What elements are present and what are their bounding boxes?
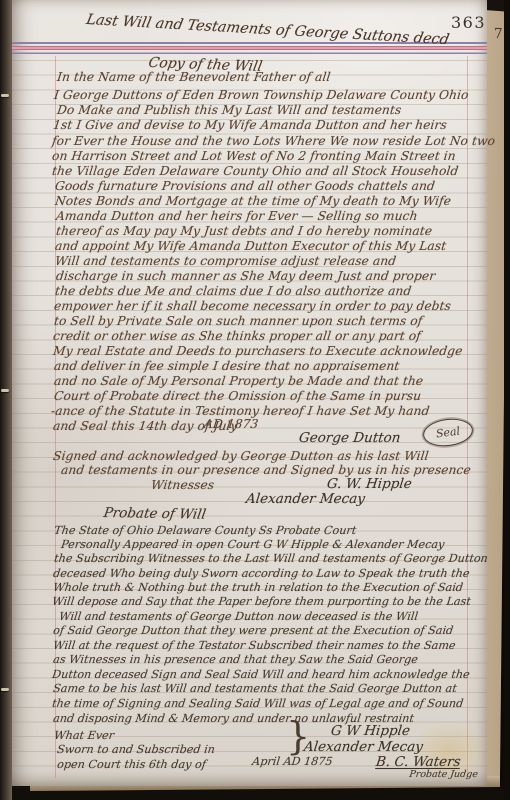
- will-line: Notes Bonds and Mortgage at the time of …: [54, 194, 452, 208]
- will-line: credit or other wise as She thinks prope…: [52, 329, 422, 343]
- will-closing-date: AD 1873: [203, 417, 259, 431]
- attestation-line: Signed and acknowledged by George Dutton…: [52, 449, 429, 463]
- witness-signature: Alexander Mecay: [245, 491, 366, 507]
- attestation-line: and testaments in our presence and Signe…: [60, 463, 471, 477]
- probate-line: What Ever: [53, 729, 114, 742]
- will-line: Do Make and Publish this My Last Will an…: [56, 103, 402, 117]
- will-line: the Village Eden Delaware County Ohio an…: [51, 164, 459, 178]
- seal-label: Seal: [435, 425, 461, 441]
- will-line: empower her if it shall become necessary…: [53, 299, 452, 313]
- sworn-statement-line: open Court this 6th day of: [56, 758, 206, 771]
- probate-witness-signature: Alexander Mecay: [303, 739, 424, 755]
- probate-line: Same to be his last Will and testaments …: [52, 682, 457, 695]
- will-line: 1st I Give and devise to My Wife Amanda …: [52, 118, 447, 132]
- judge-title: Probate Judge: [409, 769, 479, 780]
- probate-line: Dutton deceased Sign and Seal Said Will …: [51, 668, 470, 681]
- next-page-number: 7: [494, 26, 503, 42]
- probate-line: deceased Who being duly Sworn according …: [52, 567, 470, 580]
- book-cover-right-edge: [504, 0, 510, 800]
- will-line: to Sell by Private Sale on such manner u…: [53, 314, 423, 328]
- ledger-page: 363 Last Will and Testaments of George S…: [10, 0, 487, 786]
- will-line: I George Duttons of Eden Brown Township …: [53, 88, 469, 102]
- will-line: thereof as May pay My Just debts and I d…: [55, 224, 433, 238]
- probate-line: as Witnesses in his presence and that th…: [52, 653, 418, 666]
- probate-witness-signature: G W Hipple: [330, 723, 411, 739]
- sworn-statement-line: Sworn to and Subscribed in: [56, 743, 215, 756]
- will-line: the debts due Me and claims due I do als…: [54, 284, 412, 298]
- probate-line: the time of Signing and Sealing Said Wil…: [51, 697, 464, 710]
- will-line: My real Estate and Deeds to purchasers t…: [52, 344, 463, 358]
- will-line: and no Sale of My Personal Property be M…: [53, 374, 424, 388]
- will-line: on Harrison Street and Lot West of No 2 …: [51, 149, 456, 163]
- page-number: 363: [451, 13, 486, 32]
- will-line: Amanda Dutton and her heirs for Ever — S…: [55, 209, 418, 223]
- probate-line: The State of Ohio Delaware County Ss Pro…: [53, 524, 357, 537]
- will-line: and deliver in fee simple I desire that …: [53, 359, 400, 373]
- judge-signature: B. C. Waters: [375, 754, 461, 770]
- testator-signature: George Dutton: [298, 430, 401, 446]
- witness-signature: G. W. Hipple: [326, 476, 413, 492]
- probate-line: Will at the request of the Testator Subs…: [52, 639, 456, 652]
- binding-stitch: [1, 688, 9, 691]
- binding-stitch: [1, 389, 9, 392]
- probate-line: the Subscribing Witnesses to the Last Wi…: [53, 552, 488, 565]
- will-line: In the Name of the Benevolent Father of …: [56, 70, 331, 84]
- witness-label: Witnesses: [150, 478, 215, 492]
- binding-stitch: [1, 94, 9, 97]
- probate-line: Whole truth & Nothing but the truth in r…: [52, 581, 463, 594]
- will-line: discharge in such manner as She May deem…: [55, 269, 436, 283]
- will-line: Court of Probate direct the Omission of …: [53, 389, 422, 403]
- book-gutter: [0, 0, 12, 800]
- probate-line: Personally Appeared in open Court G W Hi…: [60, 538, 445, 551]
- will-line: and appoint My Wife Amanda Dutton Execut…: [54, 239, 447, 253]
- probate-line: Will and testaments of George Dutton now…: [58, 610, 418, 623]
- will-line: for Ever the House and the two Lots Wher…: [51, 134, 496, 148]
- will-line: -ance of the Statute in Testimony hereof…: [50, 404, 430, 418]
- will-line: Will and testaments to compromise adjust…: [54, 254, 397, 268]
- probate-section-heading: Probate of Will: [102, 505, 207, 523]
- will-line: Goods furnature Provisions and all other…: [54, 179, 436, 193]
- probate-line: of Said George Dutton that they were pre…: [52, 624, 454, 637]
- probate-line: Will depose and Say that the Paper befor…: [51, 595, 471, 608]
